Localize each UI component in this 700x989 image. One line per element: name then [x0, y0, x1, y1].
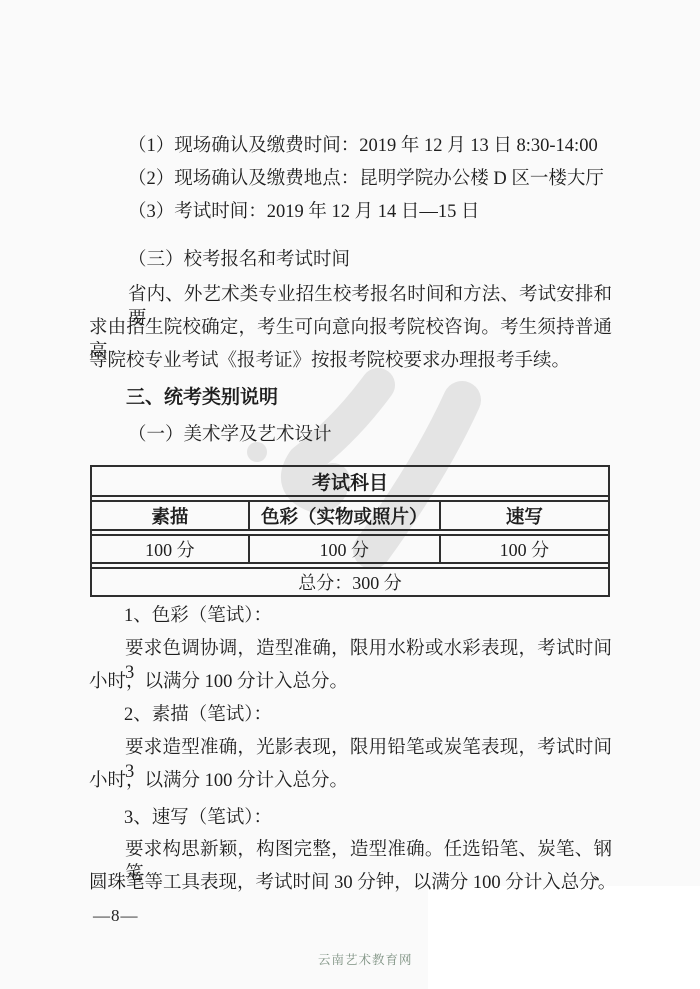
scan-bright-corner	[428, 886, 700, 989]
exam-subjects-table: 考试科目 素描 色彩（实物或照片） 速写 100 分 100 分 100 分 总…	[90, 465, 610, 597]
part3-heading: 三、统考类别说明	[126, 386, 278, 410]
table-subject-row: 素描 色彩（实物或照片） 速写	[92, 500, 608, 531]
numbered-item-2: （2）现场确认及缴费地点：昆明学院办公楼 D 区一楼大厅	[128, 167, 604, 191]
table-score-row: 100 分 100 分 100 分	[92, 534, 608, 564]
table-total-row: 总分：300 分	[92, 567, 608, 595]
section3-heading: （三）校考报名和考试时间	[128, 248, 350, 272]
table-score-color: 100 分	[250, 536, 441, 562]
table-title-row: 考试科目	[92, 467, 608, 497]
note1-title: 1、色彩（笔试）：	[124, 604, 272, 628]
document-page: （1）现场确认及缴费时间：2019 年 12 月 13 日 8:30-14:00…	[0, 0, 700, 989]
note3-line-2: 圆珠笔等工具表现，考试时间 30 分钟，以满分 100 分计入总分。	[89, 871, 616, 895]
table-score-sketch: 100 分	[92, 536, 250, 562]
table-subject-color: 色彩（实物或照片）	[250, 502, 441, 529]
site-watermark: 云南艺术教育网	[318, 950, 413, 968]
note2-title: 2、素描（笔试）：	[124, 703, 272, 727]
note3-title: 3、速写（笔试）：	[124, 806, 272, 830]
table-subject-quicksketch: 速写	[441, 502, 608, 529]
page-number: —8—	[93, 906, 139, 926]
section3-line-3: 等院校专业考试《报考证》按报考院校要求办理报考手续。	[89, 349, 570, 373]
note2-line-2: 小时，以满分 100 分计入总分。	[89, 769, 348, 793]
numbered-item-3: （3）考试时间：2019 年 12 月 14 日—15 日	[128, 200, 480, 224]
table-total: 总分：300 分	[298, 569, 402, 595]
table-title: 考试科目	[312, 468, 388, 495]
note1-line-2: 小时，以满分 100 分计入总分。	[89, 670, 348, 694]
numbered-item-1: （1）现场确认及缴费时间：2019 年 12 月 13 日 8:30-14:00	[128, 134, 598, 158]
table-score-quicksketch: 100 分	[441, 536, 608, 562]
table-subject-sketch: 素描	[92, 502, 250, 529]
sub1-heading: （一）美术学及艺术设计	[128, 423, 332, 447]
